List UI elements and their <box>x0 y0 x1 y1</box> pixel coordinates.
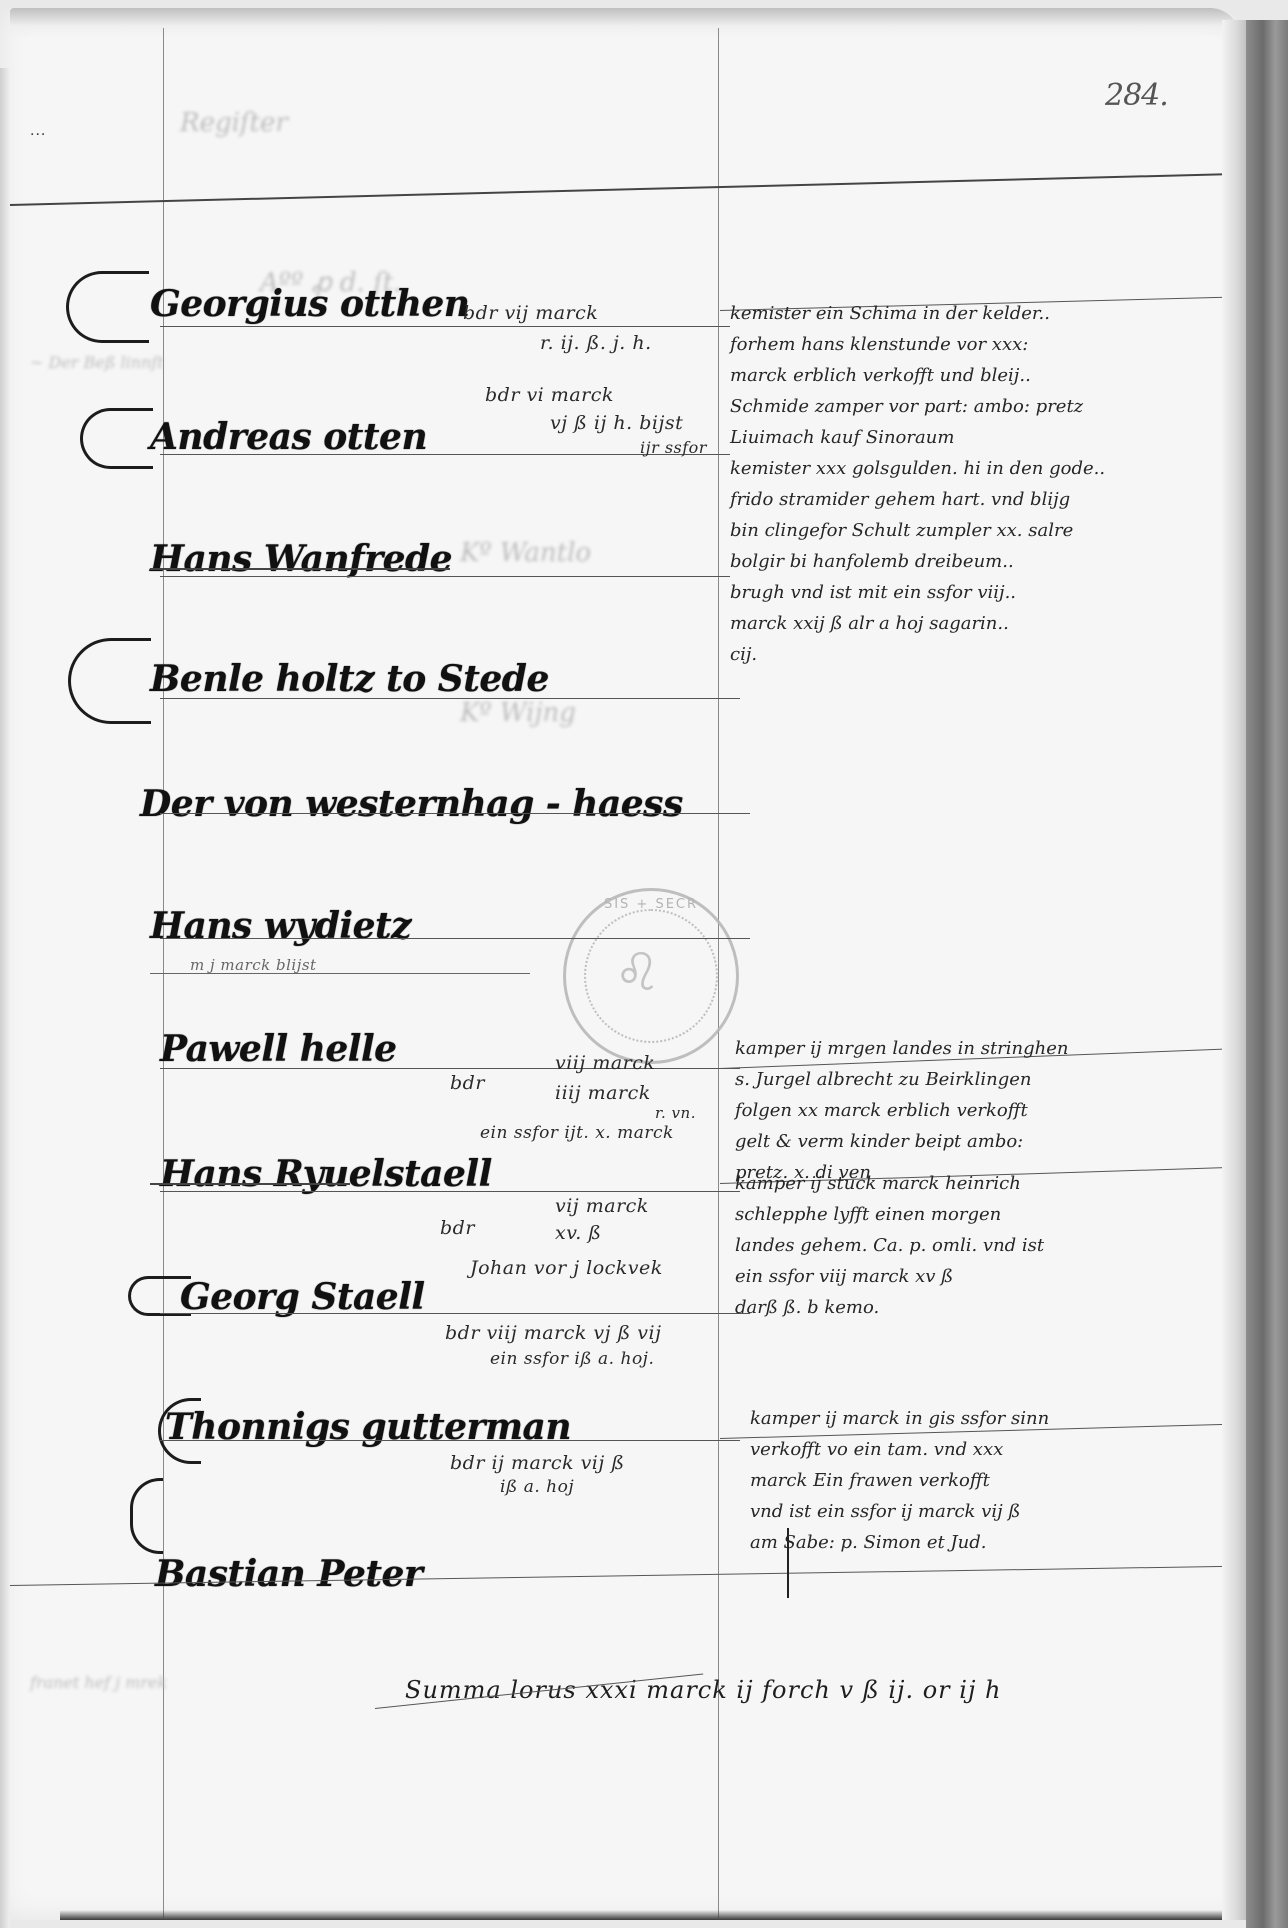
entry-rule <box>160 576 730 577</box>
paragraph-line: landes gehem. Ca. p. omli. vnd ist <box>735 1230 1044 1261</box>
bleed-through-text: franet hef j mrek <box>30 1673 167 1692</box>
right-paragraph-1: kemister ein Schima in der kelder.. forh… <box>730 298 1105 670</box>
entry-rule <box>160 938 750 939</box>
initial-flourish <box>66 271 149 343</box>
paragraph-line: frido stramider gehem hart. vnd blijg <box>730 484 1105 515</box>
entry-note: iß a. hoj <box>500 1472 574 1502</box>
total-line: Summa lorus xxxi marck ij forch v ß ij. … <box>405 1676 1001 1704</box>
margin-mark: ... <box>30 123 46 139</box>
paragraph-line: marck Ein frawen verkofft <box>750 1465 1049 1496</box>
strike-line <box>150 1183 350 1185</box>
entry-name: Thonnigs gutterman <box>165 1406 571 1448</box>
lion-icon: ♌ <box>614 943 661 1003</box>
entry-rule <box>160 326 730 327</box>
entry-rule <box>160 698 740 699</box>
entry-name: Georg Staell <box>180 1276 425 1318</box>
entry-name: Benle holtz to Stede <box>150 658 549 700</box>
entry-name: Andreas otten <box>150 416 427 458</box>
paragraph-line: folgen xx marck erblich verkofft <box>735 1095 1069 1126</box>
paragraph-line: forhem hans klenstunde vor xxx: <box>730 329 1105 360</box>
entry-name: Hans Ryuelstaell <box>160 1153 492 1195</box>
paragraph-line: marck xxij ß alr a hoj sagarin.. <box>730 608 1105 639</box>
entry-note: Johan vor j lockvek <box>470 1253 663 1283</box>
entry-name: Hans wydietz <box>150 905 411 947</box>
paragraph-line: kemister ein Schima in der kelder.. <box>730 298 1105 329</box>
entry-rule <box>160 1440 740 1441</box>
paragraph-line: gelt & verm kinder beipt ambo: <box>735 1126 1069 1157</box>
header-rule <box>10 173 1250 206</box>
entry-rule <box>160 1313 750 1314</box>
entry-note: bdr <box>450 1068 485 1098</box>
right-paragraph-3: kamper ij stuck marck heinrich schlepphe… <box>735 1168 1044 1323</box>
manuscript-page: 284. ... Regiſter Aºº ꝓ d. ſt. ~ Der Beß… <box>0 8 1250 1920</box>
page-bottom-edge <box>60 1910 1260 1920</box>
entry-note: xv. ß <box>555 1218 601 1248</box>
paragraph-line: cij. <box>730 639 1105 670</box>
paragraph-line: kamper ij stuck marck heinrich <box>735 1168 1044 1199</box>
entry-note: ein ssfor iß a. hoj. <box>490 1344 654 1374</box>
paragraph-line: kamper ij mrgen landes in stringhen <box>735 1033 1069 1064</box>
strike-line <box>150 568 450 570</box>
paragraph-line: bolgir bi hanfolemb dreibeum.. <box>730 546 1105 577</box>
paragraph-line: ein ssfor viij marck xv ß <box>735 1261 1044 1292</box>
entry-note: m j marck blijst <box>190 950 317 980</box>
entry-note: viij marck <box>555 1048 655 1078</box>
paragraph-line: vnd ist ein ssfor ij marck vij ß <box>750 1496 1049 1527</box>
entry-name: Georgius otthen <box>150 283 469 325</box>
page-top-edge <box>10 8 1240 38</box>
right-paragraph-4: kamper ij marck in gis ssfor sinn verkof… <box>750 1403 1049 1558</box>
paragraph-line: verkofft vo ein tam. vnd xxx <box>750 1434 1049 1465</box>
paragraph-line: marck erblich verkofft und bleij.. <box>730 360 1105 391</box>
paragraph-line: am Sabe: p. Simon et Jud. <box>750 1527 1049 1558</box>
bleed-through-text: Kº Wantlo <box>460 538 591 568</box>
entry-name: Bastian Peter <box>155 1553 422 1595</box>
entry-name: Pawell helle <box>160 1028 397 1070</box>
entry-rule <box>160 813 750 814</box>
paragraph-line: schlepphe lyfft einen morgen <box>735 1199 1044 1230</box>
paragraph-line: bin clingefor Schult zumpler xx. salre <box>730 515 1105 546</box>
entry-note: iiij marck <box>555 1078 651 1108</box>
strike-line <box>150 973 530 974</box>
folio-number: 284. <box>1105 78 1168 113</box>
bleed-through-text: Kº Wijng <box>460 698 576 728</box>
paragraph-line: Schmide zamper vor part: ambo: pretz <box>730 391 1105 422</box>
paragraph-line: kemister xxx golsgulden. hi in den gode.… <box>730 453 1105 484</box>
initial-flourish <box>68 638 151 724</box>
entry-note: bdr vi marck <box>485 380 614 410</box>
paragraph-line: kamper ij marck in gis ssfor sinn <box>750 1403 1049 1434</box>
entry-note: r. ij. ß. j. h. <box>540 328 652 358</box>
page-stack-edge <box>1222 20 1248 1920</box>
entry-note: ijr ssfor <box>640 433 707 463</box>
paragraph-line: brugh vnd ist mit ein ssfor viij.. <box>730 577 1105 608</box>
initial-flourish <box>130 1478 163 1554</box>
initial-flourish <box>80 408 153 469</box>
entry-note: ein ssfor ijt. x. marck <box>480 1118 674 1148</box>
bleed-through-text: Regiſter <box>180 108 288 138</box>
paragraph-line: s. Jurgel albrecht zu Beirklingen <box>735 1064 1069 1095</box>
book-binding <box>1246 20 1288 1928</box>
bleed-through-text: ~ Der Beß linnſt <box>30 353 164 372</box>
paragraph-line: darß ß. b kemo. <box>735 1292 1044 1323</box>
paragraph-line: Liuimach kauf Sinoraum <box>730 422 1105 453</box>
right-paragraph-2: kamper ij mrgen landes in stringhen s. J… <box>735 1033 1069 1188</box>
entry-name: Der von westernhag - haess <box>140 783 683 825</box>
library-seal-stamp: SIS + SECR ♌ <box>563 888 739 1064</box>
entry-rule <box>160 1191 740 1192</box>
page-left-edge <box>0 68 10 1928</box>
entry-note: bdr <box>440 1213 475 1243</box>
entry-note: vij marck <box>555 1191 649 1221</box>
entry-name: Hans Wanfrede <box>150 538 452 580</box>
entry-note: bdr vij marck <box>463 298 598 328</box>
seal-legend: SIS + SECR <box>566 897 736 912</box>
